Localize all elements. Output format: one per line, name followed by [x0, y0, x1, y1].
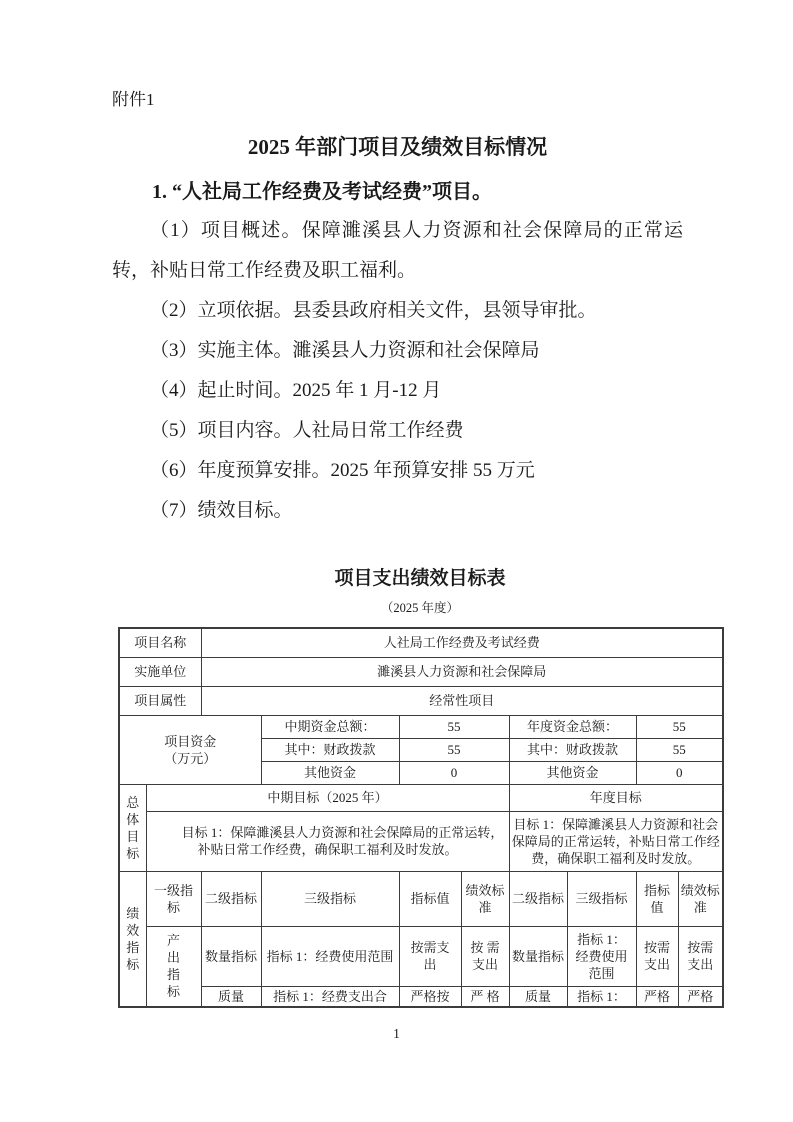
year-other-value: 0	[636, 761, 723, 784]
header-value-right: 指标值	[636, 871, 678, 926]
overall-goal-side-label: 总 体 目 标	[119, 784, 146, 871]
mid-total-label: 中期资金总额：	[261, 715, 399, 738]
table-row: 绩 效 指 标 一级指标 二级指标 三级指标 指标值 绩效标准 二级指标 三级指…	[119, 871, 723, 926]
level3-indicator-right: 指标 1： 经费使用 范围	[567, 926, 636, 986]
section-heading: 1. “人社局工作经费及考试经费”项目。	[112, 177, 683, 207]
paragraph-target: （7）绩效目标。	[112, 491, 683, 531]
indicator-value2-left: 严格按	[399, 986, 461, 1007]
project-name-value: 人社局工作经费及考试经费	[201, 628, 723, 657]
header-standard-right: 绩效标准	[678, 871, 723, 926]
standard-right: 按需 支出	[678, 926, 723, 986]
year-fiscal-label: 其中：财政拨款	[509, 738, 636, 761]
output-indicator-label: 产 出 指 标	[146, 926, 201, 1007]
year-other-label: 其他资金	[509, 761, 636, 784]
document-title: 2025 年部门项目及绩效目标情况	[112, 132, 683, 162]
project-attr-label: 项目属性	[119, 686, 201, 715]
quantity-indicator-left: 数量指标	[201, 926, 261, 986]
mid-goal-header: 中期目标（2025 年）	[146, 784, 509, 811]
paragraph-budget: （6）年度预算安排。2025 年预算安排 55 万元	[112, 451, 683, 491]
body-paragraphs: （1）项目概述。保障濉溪县人力资源和社会保障局的正常运转，补贴日常工作经费及职工…	[112, 211, 683, 531]
header-level3-right: 三级指标	[567, 871, 636, 926]
header-level1: 一级指标	[146, 871, 201, 926]
indicator-value2-right: 严格	[636, 986, 678, 1007]
attachment-label: 附件1	[112, 88, 723, 112]
standard2-left: 严 格	[461, 986, 509, 1007]
page-number: 1	[0, 1026, 793, 1042]
table-subtitle: （2025 年度）	[118, 599, 722, 617]
quantity-indicator-right: 数量指标	[509, 926, 567, 986]
header-standard-left: 绩效标准	[461, 871, 509, 926]
perf-side-label: 绩 效 指 标	[119, 871, 146, 1007]
header-level2-left: 二级指标	[201, 871, 261, 926]
table-row: 质量 指标 1：经费支出合 严格按 严 格 质量 指标 1： 严格 严格	[119, 986, 723, 1007]
mid-other-label: 其他资金	[261, 761, 399, 784]
document-page: 附件1 2025 年部门项目及绩效目标情况 1. “人社局工作经费及考试经费”项…	[0, 0, 793, 1122]
year-goal-text: 目标 1：保障濉溪县人力资源和社会保障局的正常运转，补贴日常工作经费，确保职工福…	[509, 811, 723, 871]
paragraph-content: （5）项目内容。人社局日常工作经费	[112, 411, 683, 451]
paragraph-basis: （2）立项依据。县委县政府相关文件，县领导审批。	[112, 291, 683, 331]
project-name-label: 项目名称	[119, 628, 201, 657]
table-row: 总 体 目 标 中期目标（2025 年） 年度目标	[119, 784, 723, 811]
paragraph-overview: （1）项目概述。保障濉溪县人力资源和社会保障局的正常运转，补贴日常工作经费及职工…	[112, 211, 683, 291]
table-row: 实施单位 濉溪县人力资源和社会保障局	[119, 657, 723, 686]
year-fiscal-value: 55	[636, 738, 723, 761]
year-total-value: 55	[636, 715, 723, 738]
paragraph-subject: （3）实施主体。濉溪县人力资源和社会保障局	[112, 331, 683, 371]
level3-indicator2-right: 指标 1：	[567, 986, 636, 1007]
table-row: 项目资金 （万元） 中期资金总额： 55 年度资金总额： 55	[119, 715, 723, 738]
mid-total-value: 55	[399, 715, 509, 738]
header-value-left: 指标值	[399, 871, 461, 926]
funds-label: 项目资金 （万元）	[119, 715, 261, 784]
header-level2-right: 二级指标	[509, 871, 567, 926]
table-row: 项目属性 经常性项目	[119, 686, 723, 715]
quality-indicator-right: 质量	[509, 986, 567, 1007]
implement-unit-value: 濉溪县人力资源和社会保障局	[201, 657, 723, 686]
table-row: 项目名称 人社局工作经费及考试经费	[119, 628, 723, 657]
mid-fiscal-value: 55	[399, 738, 509, 761]
level3-indicator-left: 指标 1：经费使用范围	[261, 926, 399, 986]
quality-indicator-left: 质量	[201, 986, 261, 1007]
implement-unit-label: 实施单位	[119, 657, 201, 686]
mid-other-value: 0	[399, 761, 509, 784]
level3-indicator2-left: 指标 1：经费支出合	[261, 986, 399, 1007]
indicator-value-right: 按需 支出	[636, 926, 678, 986]
mid-fiscal-label: 其中：财政拨款	[261, 738, 399, 761]
project-attr-value: 经常性项目	[201, 686, 723, 715]
header-level3-left: 三级指标	[261, 871, 399, 926]
table-row: 产 出 指 标 数量指标 指标 1：经费使用范围 按需支 出 按 需 支出 数量…	[119, 926, 723, 986]
indicator-value-left: 按需支 出	[399, 926, 461, 986]
performance-target-table: 项目名称 人社局工作经费及考试经费 实施单位 濉溪县人力资源和社会保障局 项目属…	[118, 627, 724, 1008]
paragraph-duration: （4）起止时间。2025 年 1 月-12 月	[112, 371, 683, 411]
mid-goal-text: 目标 1：保障濉溪县人力资源和社会保障局的正常运转，补贴日常工作经费，确保职工福…	[146, 811, 509, 871]
standard2-right: 严格	[678, 986, 723, 1007]
year-total-label: 年度资金总额：	[509, 715, 636, 738]
year-goal-header: 年度目标	[509, 784, 723, 811]
standard-left: 按 需 支出	[461, 926, 509, 986]
table-title: 项目支出绩效目标表	[118, 565, 722, 593]
table-row: 目标 1：保障濉溪县人力资源和社会保障局的正常运转，补贴日常工作经费，确保职工福…	[119, 811, 723, 871]
